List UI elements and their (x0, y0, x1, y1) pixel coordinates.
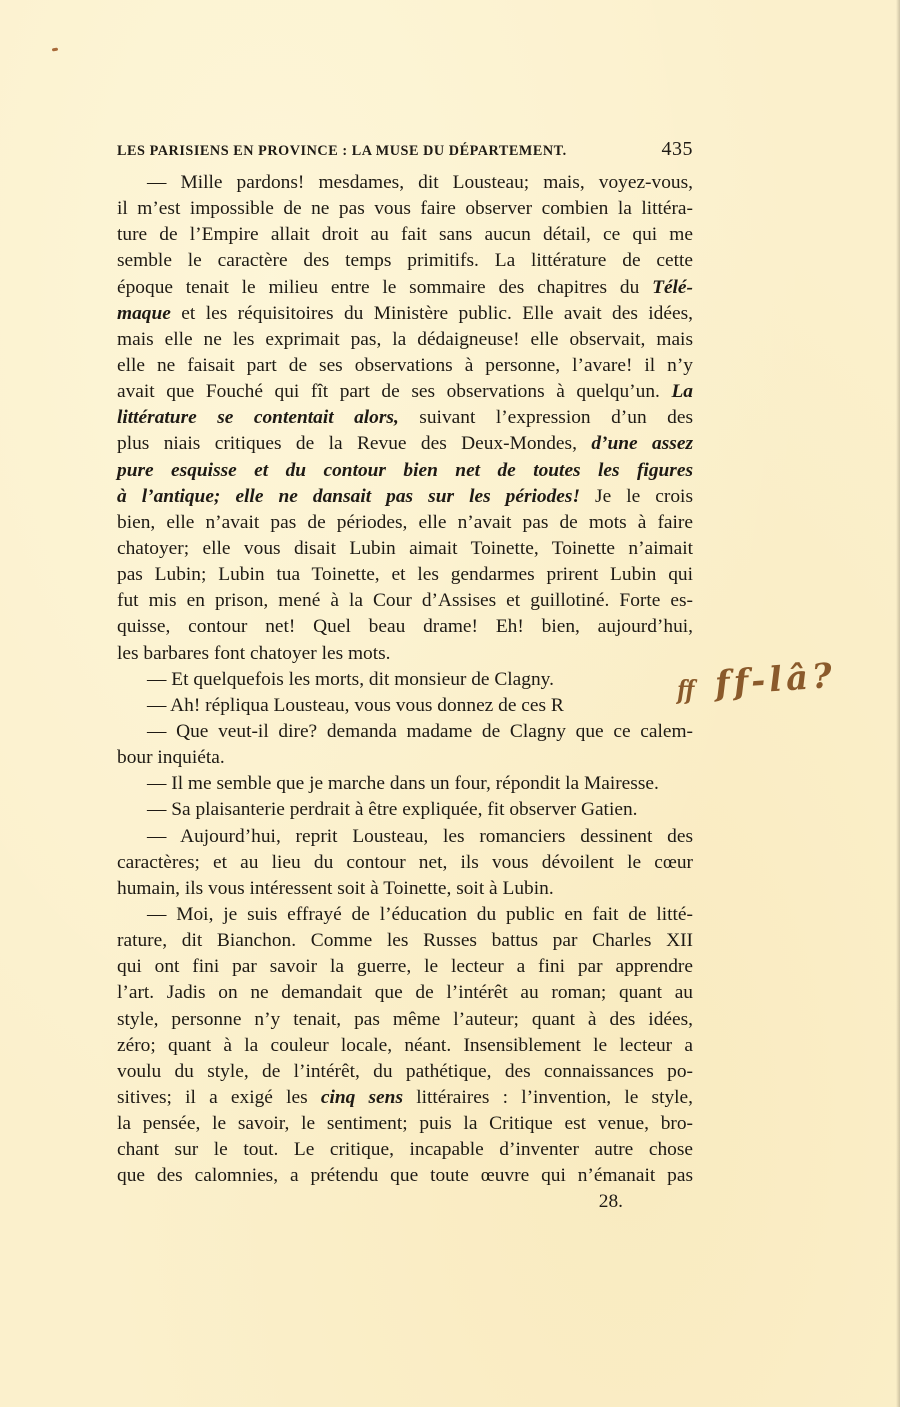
italic-text: à l’antique; elle ne dansait pas sur les… (117, 486, 580, 507)
text-line: style, personne n’y tenait, pas même l’a… (117, 1007, 693, 1033)
text-line: — Ah! répliqua Lousteau, vous vous donne… (117, 693, 693, 719)
text-line: — Aujourd’hui, reprit Lousteau, les roma… (117, 824, 693, 850)
handwritten-margin-note: ff-lâ? (714, 656, 838, 704)
italic-text: pure esquisse et du contour bien net de … (117, 460, 693, 481)
text-span: — Aujourd’hui, reprit Lousteau, les roma… (147, 826, 693, 847)
text-line: rature, dit Bianchon. Comme les Russes b… (117, 928, 693, 954)
text-line: plus niais critiques de la Revue des Deu… (117, 431, 693, 457)
text-line: chant sur le tout. Le critique, incapabl… (117, 1137, 693, 1163)
text-line: humain, ils vous intéressent soit à Toin… (117, 876, 693, 902)
text-line: qui ont fini par savoir la guerre, le le… (117, 954, 693, 980)
text-line: que des calomnies, a prétendu que toute … (117, 1163, 693, 1189)
text-span: chant sur le tout. Le critique, incapabl… (117, 1139, 693, 1160)
text-line: pure esquisse et du contour bien net de … (117, 458, 693, 484)
signature-mark: 28. (117, 1189, 693, 1215)
italic-text: maque (117, 303, 171, 324)
text-span: — Que veut-il dire? demanda madame de Cl… (147, 721, 693, 742)
text-span: et les réquisitoires du Ministère public… (171, 303, 693, 324)
text-span: pas Lubin; Lubin tua Toinette, et les ge… (117, 564, 693, 585)
text-line: pas Lubin; Lubin tua Toinette, et les ge… (117, 562, 693, 588)
page-number: 435 (662, 136, 694, 162)
text-span: — Et quelquefois les morts, dit monsieur… (147, 669, 554, 690)
text-span: rature, dit Bianchon. Comme les Russes b… (117, 930, 693, 951)
text-line: ture de l’Empire allait droit au fait sa… (117, 222, 693, 248)
text-span: voulu du style, de l’intérêt, du pathéti… (117, 1061, 693, 1082)
text-span: semble le caractère des temps primitifs.… (117, 250, 693, 271)
running-head: Les Parisiens en province : la muse du d… (117, 136, 693, 162)
text-line: il m’est impossible de ne pas vous faire… (117, 196, 693, 222)
text-span: avait que Fouché qui fît part de ses obs… (117, 381, 671, 402)
text-span: littéraires : l’invention, le style, (403, 1087, 693, 1108)
text-line: zéro; quant à la couleur locale, néant. … (117, 1033, 693, 1059)
text-span: la pensée, le savoir, le sentiment; puis… (117, 1113, 693, 1134)
text-span: elle ne faisait part de ses observations… (117, 355, 693, 376)
text-span: mais elle ne les exprimait pas, la dédai… (117, 329, 693, 350)
text-span: les barbares font chatoyer les mots. (117, 643, 391, 664)
italic-text: La (671, 381, 693, 402)
text-span: que des calomnies, a prétendu que toute … (117, 1165, 693, 1186)
text-span: il m’est impossible de ne pas vous faire… (117, 198, 693, 219)
text-span: plus niais critiques de la Revue des Deu… (117, 433, 591, 454)
text-span: ture de l’Empire allait droit au fait sa… (117, 224, 693, 245)
text-span: — Mille pardons! mesdames, dit Lousteau;… (147, 172, 693, 193)
text-line: quisse, contour net! Quel beau drame! Eh… (117, 614, 693, 640)
paper-speck (52, 48, 58, 52)
italic-text: littérature se contentait alors, (117, 407, 399, 428)
text-line: époque tenait le milieu entre le sommair… (117, 275, 693, 301)
text-line: — Que veut-il dire? demanda madame de Cl… (117, 719, 693, 745)
text-span: qui ont fini par savoir la guerre, le le… (117, 956, 693, 977)
text-span: caractères; et au lieu du contour net, i… (117, 852, 693, 873)
text-span: sitives; il a exigé les (117, 1087, 321, 1108)
text-line: sitives; il a exigé les cinq sens littér… (117, 1085, 693, 1111)
text-line: bien, elle n’avait pas de périodes, elle… (117, 510, 693, 536)
text-span: — Moi, je suis effrayé de l’éducation du… (147, 904, 693, 925)
text-span: Je le crois (580, 486, 693, 507)
text-line: — Mille pardons! mesdames, dit Lousteau;… (117, 170, 693, 196)
text-line: à l’antique; elle ne dansait pas sur les… (117, 484, 693, 510)
text-span: quisse, contour net! Quel beau drame! Eh… (117, 616, 693, 637)
text-span: humain, ils vous intéressent soit à Toin… (117, 878, 554, 899)
text-line: maque et les réquisitoires du Ministère … (117, 301, 693, 327)
text-line: fut mis en prison, mené à la Cour d’Assi… (117, 588, 693, 614)
text-line: avait que Fouché qui fît part de ses obs… (117, 379, 693, 405)
text-line: littérature se contentait alors, suivant… (117, 405, 693, 431)
text-span: bien, elle n’avait pas de périodes, elle… (117, 512, 693, 533)
text-line: les barbares font chatoyer les mots. (117, 641, 693, 667)
text-span: — Ah! répliqua Lousteau, vous vous donne… (147, 695, 564, 716)
text-line: semble le caractère des temps primitifs.… (117, 248, 693, 274)
text-line: la pensée, le savoir, le sentiment; puis… (117, 1111, 693, 1137)
text-line: — Il me semble que je marche dans un fou… (117, 771, 693, 797)
text-span: — Sa plaisanterie perdrait à être expliq… (147, 799, 638, 820)
text-span: style, personne n’y tenait, pas même l’a… (117, 1009, 693, 1030)
text-span: suivant l’expression d’un des (399, 407, 693, 428)
body-text: — Mille pardons! mesdames, dit Lousteau;… (117, 170, 693, 1189)
text-span: chatoyer; elle vous disait Lubin aimait … (117, 538, 693, 559)
text-line: — Moi, je suis effrayé de l’éducation du… (117, 902, 693, 928)
text-span: époque tenait le milieu entre le sommair… (117, 277, 652, 298)
italic-text: cinq sens (321, 1087, 403, 1108)
text-span: l’art. Jadis on ne demandait que de l’in… (117, 982, 693, 1003)
text-line: bour inquiéta. (117, 745, 693, 771)
text-line: l’art. Jadis on ne demandait que de l’in… (117, 980, 693, 1006)
text-span: fut mis en prison, mené à la Cour d’Assi… (117, 590, 693, 611)
text-span: bour inquiéta. (117, 747, 225, 768)
italic-text: Télé- (652, 277, 693, 298)
text-line: elle ne faisait part de ses observations… (117, 353, 693, 379)
text-line: — Sa plaisanterie perdrait à être expliq… (117, 797, 693, 823)
italic-text: d’une assez (591, 433, 693, 454)
text-line: voulu du style, de l’intérêt, du pathéti… (117, 1059, 693, 1085)
text-line: — Et quelquefois les morts, dit monsieur… (117, 667, 693, 693)
book-page: Les Parisiens en province : la muse du d… (117, 136, 693, 1215)
page-edge-shadow (896, 0, 900, 1407)
text-line: chatoyer; elle vous disait Lubin aimait … (117, 536, 693, 562)
text-span: — Il me semble que je marche dans un fou… (147, 773, 659, 794)
handwritten-inline-mark: ff (677, 676, 694, 706)
running-title: Les Parisiens en province : la muse du d… (117, 138, 567, 164)
text-span: zéro; quant à la couleur locale, néant. … (117, 1035, 693, 1056)
text-line: caractères; et au lieu du contour net, i… (117, 850, 693, 876)
text-line: mais elle ne les exprimait pas, la dédai… (117, 327, 693, 353)
